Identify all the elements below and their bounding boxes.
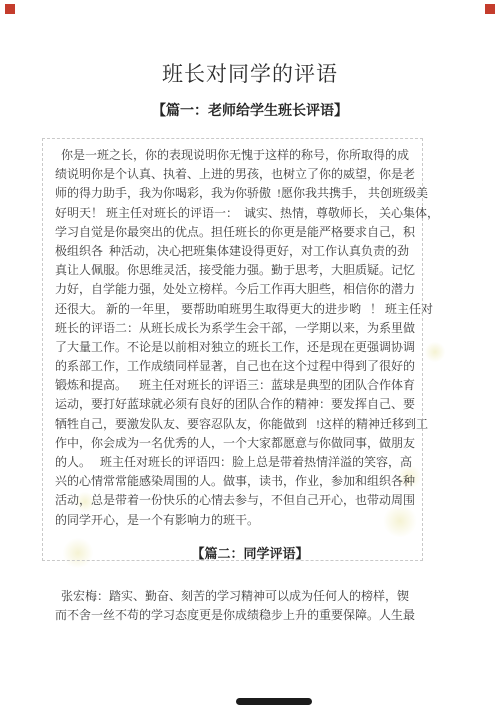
home-indicator-bar	[236, 698, 312, 705]
body-line: 你是一班之长，你的表现说明你无愧于这样的称号，你所取得的成	[55, 146, 439, 165]
body-line: 绩说明你是个认真、执着、上进的男孩，也树立了你的威望，你是老	[55, 165, 439, 184]
body-line: 的同学开心，是一个有影响力的班干。	[55, 511, 439, 530]
body-line: 的人。 班主任对班长的评语四：脸上总是带着热情洋溢的笑容，高	[55, 453, 439, 472]
body-line: 还很大。 新的一年里， 要帮助咱班男生取得更大的进步哟 ！ 班主任对	[55, 300, 439, 319]
section1-heading: 【篇一：老师给学生班长评语】	[0, 100, 500, 120]
body-line: 牺牲自己，要激发队友、要容忍队友，你能做到 !这样的精神迁移到工	[55, 415, 439, 434]
red-corner-mark-left	[5, 4, 15, 14]
body-line: 班长的评语二：从班长成长为系学生会干部，一学期以来，为系里做	[55, 319, 439, 338]
body-line: 真让人佩服。你思维灵活，接受能力强。勤于思考，大胆质疑。记忆	[55, 261, 439, 280]
body-line: 好明天！ 班主任对班长的评语一： 诚实、热情，尊敬师长， 关心集体，	[55, 204, 439, 223]
document-page: { "title": "班长对同学的评语", "section1": { "he…	[0, 0, 500, 708]
body-line: 锻炼和提高。 班主任对班长的评语三：蓝球是典型的团队合作体育	[55, 376, 439, 395]
section2-body: 张宏梅：踏实、勤奋、刻苦的学习精神可以成为任何人的榜样，锲 而不舍一丝不苟的学习…	[55, 587, 415, 625]
body-line: 的系部工作，工作成绩同样显著，自己也在这个过程中得到了很好的	[55, 357, 439, 376]
body-line: 作中，你会成为一名优秀的人，一个大家都愿意与你做同事，做朋友	[55, 434, 439, 453]
body-line: 活动，总是带着一份快乐的心情去参与，不但自己开心，也带动周围	[55, 491, 439, 510]
section2-heading: 【篇二：同学评语】	[0, 543, 500, 562]
page-title: 班长对同学的评语	[0, 58, 500, 88]
body-line: 极组织各 种活动，决心把班集体建设得更好，对工作认真负责的劲	[55, 242, 439, 261]
body-line: 运动，要打好蓝球就必须有良好的团队合作的精神：要发挥自己、要	[55, 395, 439, 414]
section1-body: 你是一班之长，你的表现说明你无愧于这样的称号，你所取得的成 绩说明你是个认真、执…	[55, 146, 439, 530]
body-line: 力好，自学能力强，处处立榜样。今后工作再大胆些，相信你的潜力	[55, 280, 439, 299]
body-line: 张宏梅：踏实、勤奋、刻苦的学习精神可以成为任何人的榜样，锲	[55, 587, 415, 606]
body-line: 师的得力助手，我为你喝彩，我为你骄傲 !愿你我共携手， 共创班级美	[55, 184, 439, 203]
body-line: 了大量工作。不论是以前相对独立的班长工作，还是现在更强调协调	[55, 338, 439, 357]
body-line: 兴的心情常常能感染周围的人。做事，读书，作业，参加和组织各种	[55, 472, 439, 491]
body-line: 学习自觉是你最突出的优点。担任班长的你更是能严格要求自己，积	[55, 223, 439, 242]
body-line: 而不舍一丝不苟的学习态度更是你成绩稳步上升的重要保障。人生最	[55, 606, 415, 625]
red-corner-mark-right	[485, 4, 495, 14]
